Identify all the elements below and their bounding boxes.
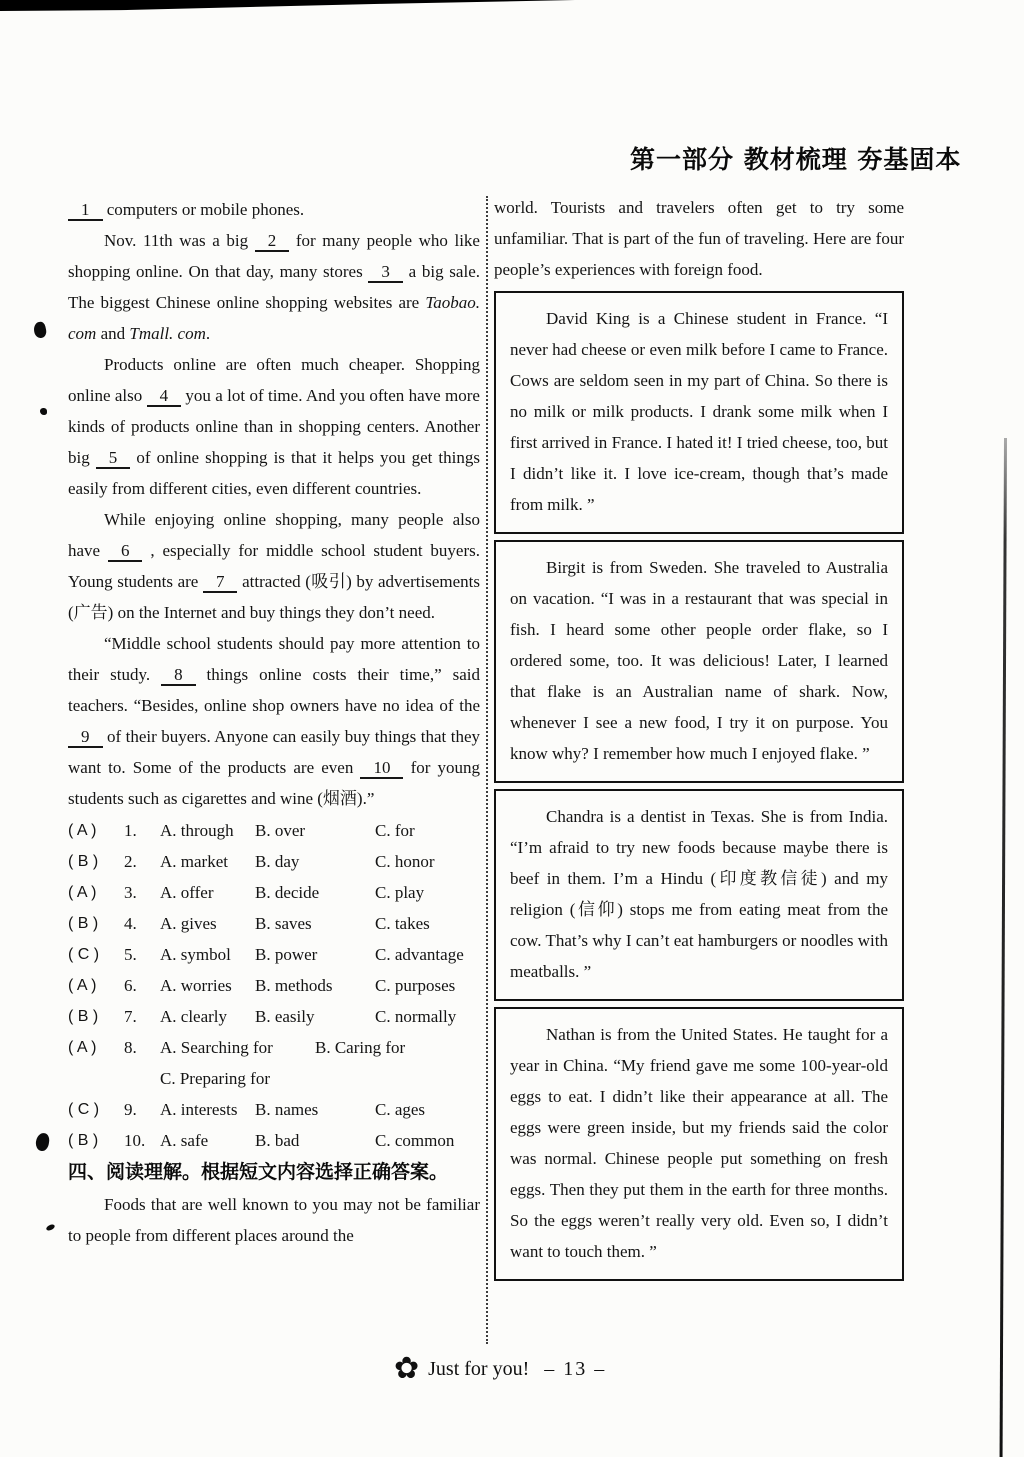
option-b: B. decide: [255, 877, 375, 908]
ink-mark-icon: [40, 408, 47, 415]
option-number: 6.: [124, 970, 160, 1001]
reading-intro-continuation: world. Tourists and travelers often get …: [494, 192, 904, 285]
option-answer: ( B ): [68, 846, 124, 877]
option-c: C. honor: [375, 846, 480, 877]
option-answer: ( C ): [68, 1094, 124, 1125]
ink-mark-icon: [32, 321, 47, 339]
option-number: 1.: [124, 815, 160, 846]
scan-artifact-right-edge: [1000, 438, 1007, 1457]
option-a: A. through: [160, 815, 255, 846]
option-a: A. worries: [160, 970, 255, 1001]
option-answer: ( A ): [68, 815, 124, 846]
cloze-blank: 7: [203, 572, 238, 593]
cloze-blank: 2: [255, 231, 290, 252]
option-number: [124, 1063, 160, 1094]
option-a: A. offer: [160, 877, 255, 908]
option-c: [435, 1063, 480, 1094]
section-heading-reading-comprehension: 四、阅读理解。根据短文内容选择正确答案。: [68, 1156, 480, 1189]
option-row-5: ( C ) 5. A. symbol B. power C. advantage: [68, 939, 480, 970]
reading-intro-paragraph: Foods that are well known to you may not…: [68, 1189, 480, 1251]
cloze-paragraph: Products online are often much cheaper. …: [68, 349, 480, 504]
cloze-blank: 4: [147, 386, 182, 407]
option-c: C. play: [375, 877, 480, 908]
option-answer: ( B ): [68, 1001, 124, 1032]
cloze-blank: 8: [161, 665, 196, 686]
option-number: 2.: [124, 846, 160, 877]
page-number: – 13 –: [544, 1358, 606, 1381]
options-list: ( A ) 1. A. through B. over C. for ( B )…: [68, 815, 480, 1156]
option-row-9: ( C ) 9. A. interests B. names C. ages: [68, 1094, 480, 1125]
page-footer: ✿ Just for you! – 13 –: [394, 1354, 606, 1384]
story-text: Birgit is from Sweden. She traveled to A…: [510, 552, 888, 769]
cloze-blank: 5: [96, 448, 131, 469]
option-row-1: ( A ) 1. A. through B. over C. for: [68, 815, 480, 846]
option-row-8: ( A ) 8. A. Searching for B. Caring for: [68, 1032, 480, 1063]
cloze-blank: 10: [360, 758, 403, 779]
option-b: B. day: [255, 846, 375, 877]
option-c: C. for: [375, 815, 480, 846]
scanned-textbook-page: 第一部分 教材梳理 夯基固本 1 computers or mobile pho…: [0, 0, 1024, 1457]
option-row-2: ( B ) 2. A. market B. day C. honor: [68, 846, 480, 877]
story-box-david-king: David King is a Chinese student in Franc…: [494, 291, 904, 534]
cloze-paragraph: “Middle school students should pay more …: [68, 628, 480, 814]
option-a: A. symbol: [160, 939, 255, 970]
option-b: B. bad: [255, 1125, 375, 1156]
option-c: C. takes: [375, 908, 480, 939]
option-c: C. Preparing for: [160, 1063, 315, 1094]
option-c: C. advantage: [375, 939, 480, 970]
option-row-6: ( A ) 6. A. worries B. methods C. purpos…: [68, 970, 480, 1001]
option-number: 10.: [124, 1125, 160, 1156]
option-answer: ( B ): [68, 1125, 124, 1156]
cloze-blank: 9: [68, 727, 103, 748]
option-answer: [68, 1063, 124, 1094]
option-number: 9.: [124, 1094, 160, 1125]
option-b: B. easily: [255, 1001, 375, 1032]
footer-brand-text: Just for you!: [428, 1358, 529, 1381]
option-number: 8.: [124, 1032, 160, 1063]
column-divider: [486, 196, 488, 1344]
story-box-chandra: Chandra is a dentist in Texas. She is fr…: [494, 789, 904, 1001]
ink-mark-icon: [35, 1132, 50, 1152]
option-number: 7.: [124, 1001, 160, 1032]
option-row-10: ( B ) 10. A. safe B. bad C. common: [68, 1125, 480, 1156]
option-c: C. ages: [375, 1094, 480, 1125]
story-box-nathan: Nathan is from the United States. He tau…: [494, 1007, 904, 1281]
option-b: B. power: [255, 939, 375, 970]
option-row-7: ( B ) 7. A. clearly B. easily C. normall…: [68, 1001, 480, 1032]
option-answer: ( A ): [68, 1032, 124, 1063]
option-answer: ( A ): [68, 877, 124, 908]
option-a: A. Searching for: [160, 1032, 315, 1063]
left-column: 1 computers or mobile phones. Nov. 11th …: [68, 194, 480, 1251]
scan-artifact-top-edge: [0, 0, 575, 13]
option-number: 3.: [124, 877, 160, 908]
option-a: A. interests: [160, 1094, 255, 1125]
option-row-8-continued: C. Preparing for: [68, 1063, 480, 1094]
option-c: C. common: [375, 1125, 480, 1156]
cloze-paragraph: While enjoying online shopping, many peo…: [68, 504, 480, 628]
option-number: 4.: [124, 908, 160, 939]
option-row-3: ( A ) 3. A. offer B. decide C. play: [68, 877, 480, 908]
option-b: B. Caring for: [315, 1032, 435, 1063]
option-answer: ( B ): [68, 908, 124, 939]
cloze-blank: 1: [68, 200, 103, 221]
option-a: A. market: [160, 846, 255, 877]
option-a: A. gives: [160, 908, 255, 939]
story-box-birgit: Birgit is from Sweden. She traveled to A…: [494, 540, 904, 783]
cloze-blank: 3: [368, 262, 403, 283]
cloze-paragraph: Nov. 11th was a big 2 for many people wh…: [68, 225, 480, 349]
option-b: B. names: [255, 1094, 375, 1125]
story-text: Chandra is a dentist in Texas. She is fr…: [510, 801, 888, 987]
option-b: B. saves: [255, 908, 375, 939]
flower-crest-icon: ✿: [394, 1354, 419, 1384]
option-c: C. purposes: [375, 970, 480, 1001]
cloze-blank: 6: [108, 541, 143, 562]
page-header-title: 第一部分 教材梳理 夯基固本: [630, 140, 940, 176]
option-b: [315, 1063, 435, 1094]
option-a: A. clearly: [160, 1001, 255, 1032]
option-c: C. normally: [375, 1001, 480, 1032]
option-c: [435, 1032, 480, 1063]
option-a: A. safe: [160, 1125, 255, 1156]
story-text: Nathan is from the United States. He tau…: [510, 1019, 888, 1267]
option-number: 5.: [124, 939, 160, 970]
right-column: world. Tourists and travelers often get …: [494, 192, 904, 1287]
story-text: David King is a Chinese student in Franc…: [510, 303, 888, 520]
option-b: B. over: [255, 815, 375, 846]
ink-mark-icon: [45, 1223, 55, 1231]
cloze-paragraph: 1 computers or mobile phones.: [68, 194, 480, 225]
option-b: B. methods: [255, 970, 375, 1001]
option-row-4: ( B ) 4. A. gives B. saves C. takes: [68, 908, 480, 939]
option-answer: ( A ): [68, 970, 124, 1001]
option-answer: ( C ): [68, 939, 124, 970]
